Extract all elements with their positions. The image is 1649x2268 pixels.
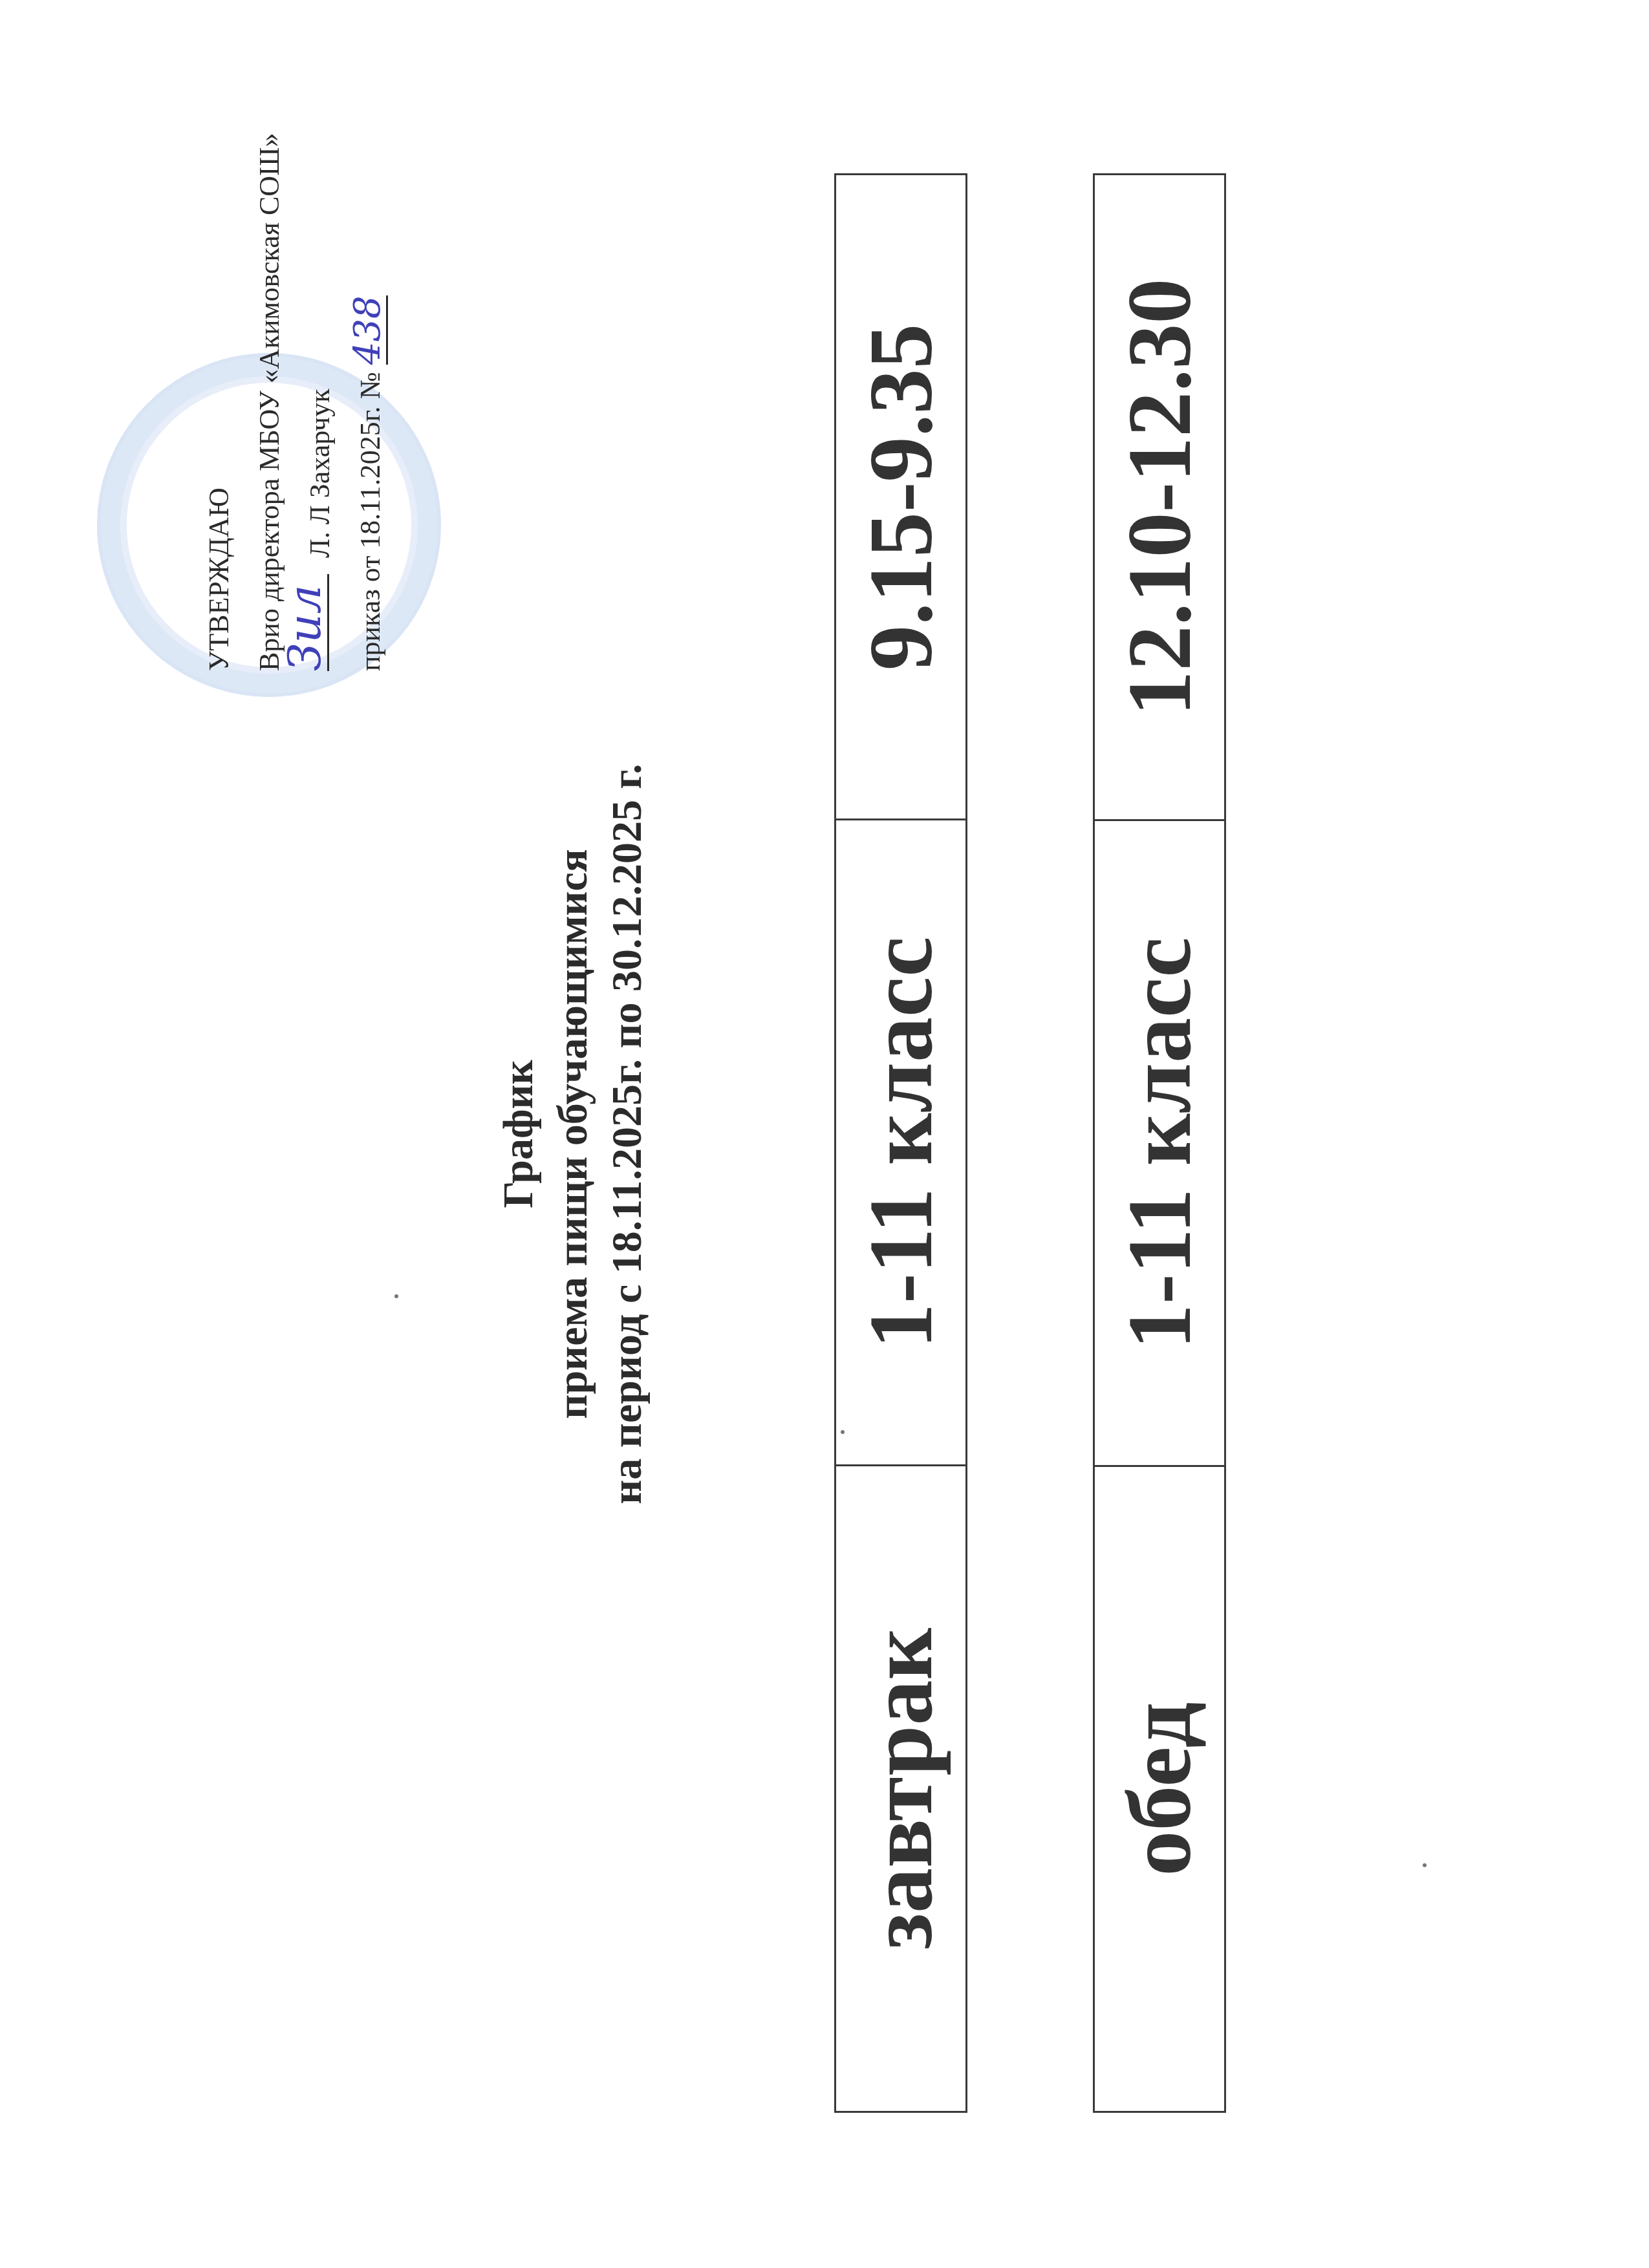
scan-speck: [1423, 1863, 1427, 1867]
approval-position: Врио директора МБОУ «Акимовская СОШ»: [244, 25, 295, 671]
document-page: УТВЕРЖДАЮ Врио директора МБОУ «Акимовска…: [0, 0, 1649, 2268]
document-title: График приема пищи обучающимися на перио…: [491, 0, 654, 2268]
signature-field: Зил: [301, 574, 329, 671]
title-line-2: приема пищи обучающимися: [546, 0, 600, 2268]
signatory-name: Л. Л Захарчук: [304, 389, 336, 558]
meal-cell: завтрак: [835, 1466, 967, 2112]
scan-speck: [841, 1430, 845, 1434]
handwritten-signature: Зил: [282, 585, 327, 671]
approval-heading: УТВЕРЖДАЮ: [194, 25, 244, 671]
approval-signature-line: Зил Л. Л Захарчук: [295, 25, 345, 671]
table-row: завтрак 1-11 класс 9.15-9.35: [835, 175, 967, 2112]
time-cell: 9.15-9.35: [835, 175, 967, 820]
order-number: 438: [350, 295, 388, 365]
title-line-3: на период с 18.11.2025г. по 30.12.2025 г…: [600, 0, 654, 2268]
meal-cell: обед: [1094, 1466, 1225, 2112]
scan-speck: [394, 1294, 398, 1298]
approval-block: УТВЕРЖДАЮ Врио директора МБОУ «Акимовска…: [194, 25, 396, 671]
order-prefix: приказ от 18.11.2025г. №: [354, 372, 386, 671]
classes-cell: 1-11 класс: [1094, 820, 1225, 1466]
schedule-table-breakfast: завтрак 1-11 класс 9.15-9.35: [834, 173, 967, 2113]
classes-cell: 1-11 класс: [835, 820, 967, 1466]
time-cell: 12.10-12.30: [1094, 175, 1225, 820]
title-line-1: График: [491, 0, 546, 2268]
approval-order: приказ от 18.11.2025г. № 438: [345, 25, 396, 671]
schedule-table-lunch: обед 1-11 класс 12.10-12.30: [1093, 173, 1226, 2113]
table-row: обед 1-11 класс 12.10-12.30: [1094, 175, 1225, 2112]
